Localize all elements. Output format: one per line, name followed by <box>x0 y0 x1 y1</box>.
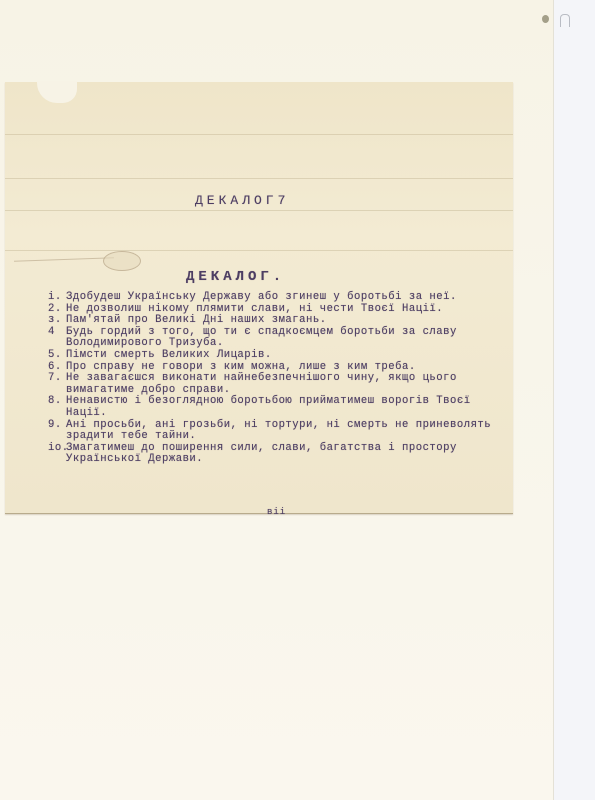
commandment-item: i.Здобудеш Українську Державу або згинеш… <box>48 292 508 304</box>
commandment-number: iо. <box>48 443 66 466</box>
commandment-item: 4Будь гордий з того, що ти є спадкоємцем… <box>48 327 508 350</box>
footer-mark: віі <box>267 507 286 517</box>
commandment-text: Змагатимеш до поширення сили, слави, баг… <box>66 443 508 466</box>
title-top: ДЕКАЛОГ7 <box>195 193 289 208</box>
commandment-text: Пімсти смерть Великих Лицарів. <box>66 350 272 362</box>
commandment-text: Ані просьби, ані грозьби, ні тортури, ні… <box>66 420 508 443</box>
commandment-item: 8.Ненавистю і безоглядною боротьбою прий… <box>48 396 508 419</box>
fold-line <box>5 178 513 179</box>
commandment-number: 8. <box>48 396 66 419</box>
commandment-text: Здобудеш Українську Державу або згинеш у… <box>66 292 457 304</box>
commandment-number: 7. <box>48 373 66 396</box>
commandment-number: 9. <box>48 420 66 443</box>
commandment-number: 4 <box>48 327 66 350</box>
title-main: ДЕКАЛОГ. <box>186 269 285 285</box>
commandment-item: 5.Пімсти смерть Великих Лицарів. <box>48 350 508 362</box>
commandments-list: i.Здобудеш Українську Державу або згинеш… <box>48 292 508 466</box>
commandment-item: 7.Не завагаєшся виконати найнебезпечнішо… <box>48 373 508 396</box>
commandment-number: i. <box>48 292 66 304</box>
commandment-text: Будь гордий з того, що ти є спадкоємцем … <box>66 327 508 350</box>
fold-line <box>5 250 513 251</box>
commandment-text: Ненавистю і безоглядною боротьбою прийма… <box>66 396 508 419</box>
commandment-item: iо.Змагатимеш до поширення сили, слави, … <box>48 443 508 466</box>
fold-line <box>5 134 513 135</box>
paper-crease-blob <box>103 251 141 271</box>
ink-stain <box>542 15 549 23</box>
commandment-item: 9.Ані просьби, ані грозьби, ні тортури, … <box>48 420 508 443</box>
fold-line <box>5 210 513 211</box>
commandment-text: Не завагаєшся виконати найнебезпечнішого… <box>66 373 508 396</box>
pencil-mark <box>560 14 570 27</box>
commandment-number: 5. <box>48 350 66 362</box>
